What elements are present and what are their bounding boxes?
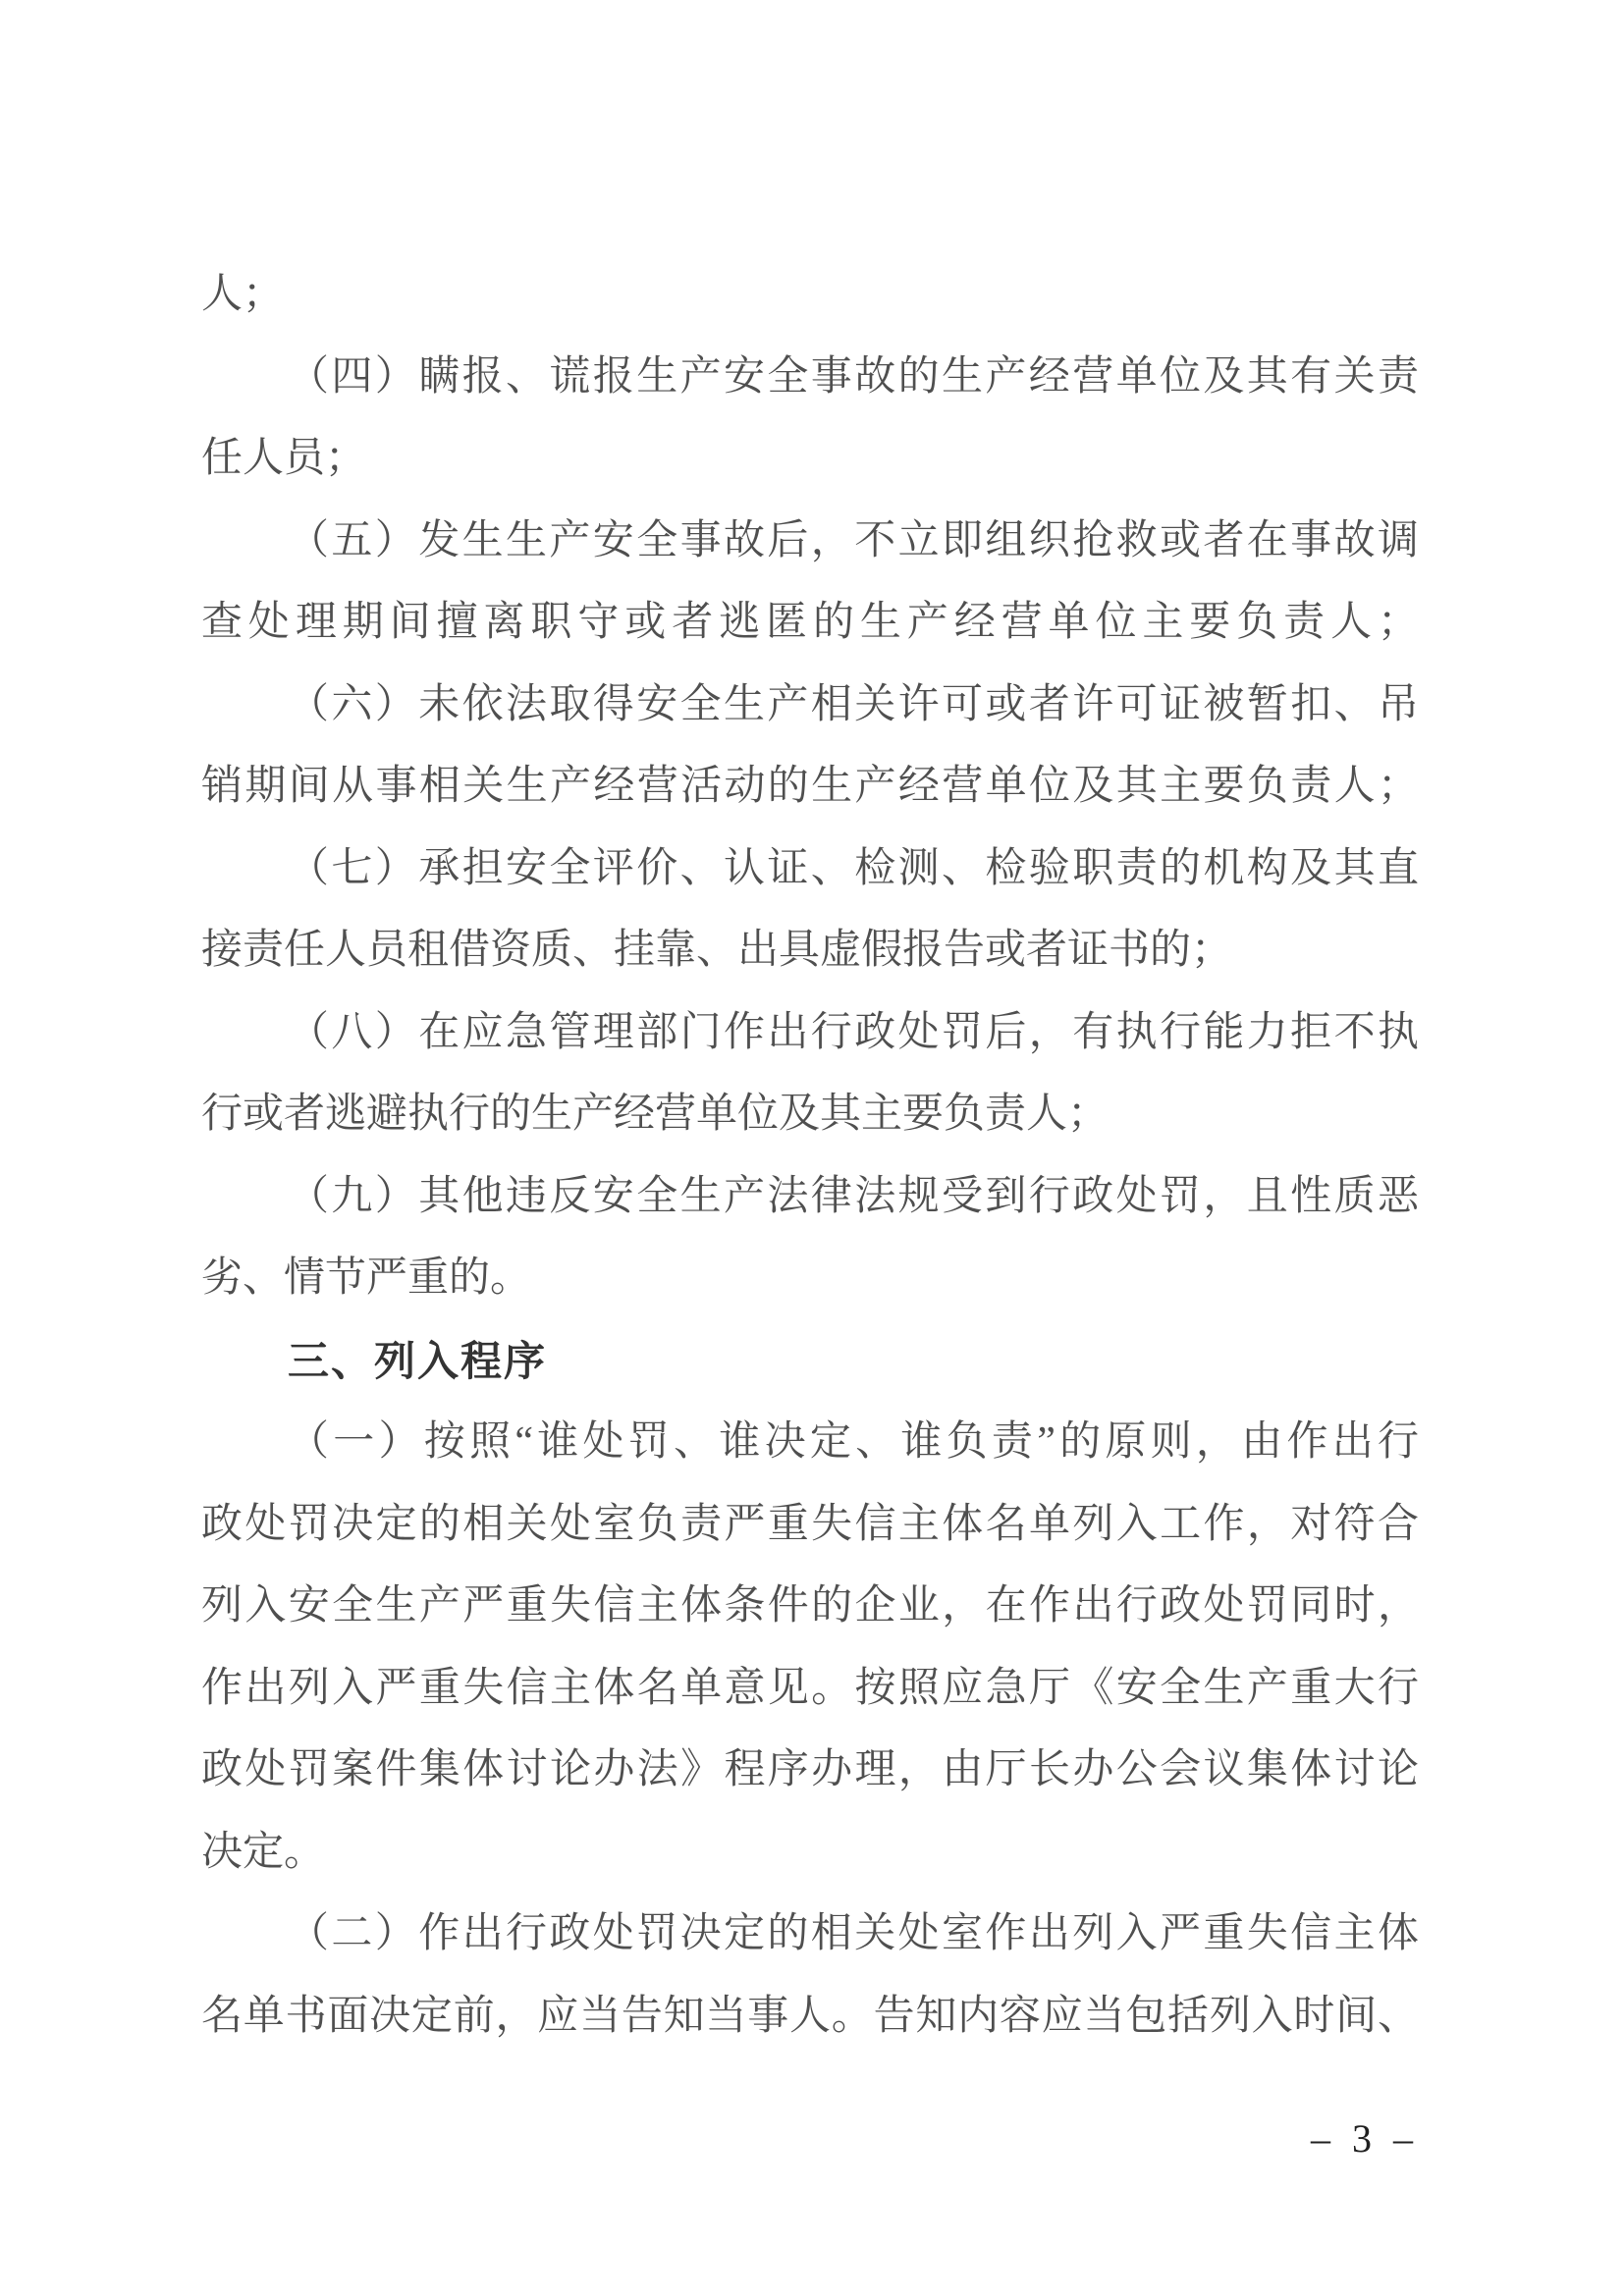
text-line: （五）发生生产安全事故后，不立即组织抢救或者在事故调 bbox=[201, 501, 1419, 583]
text-line: 人； bbox=[201, 254, 1419, 337]
text-line: （一）按照“谁处罚、谁决定、谁负责”的原则，由作出行 bbox=[201, 1402, 1419, 1484]
text-line: 政处罚决定的相关处室负责严重失信主体名单列入工作，对符合 bbox=[201, 1484, 1419, 1567]
page-number: – 3 – bbox=[1311, 2115, 1419, 2162]
section-heading: 三、列入程序 bbox=[201, 1320, 1419, 1403]
text-line: （二）作出行政处罚决定的相关处室作出列入严重失信主体 bbox=[201, 1894, 1419, 1976]
text-line: 任人员； bbox=[201, 418, 1419, 501]
text-line: （八）在应急管理部门作出行政处罚后，有执行能力拒不执 bbox=[201, 992, 1419, 1075]
text-line: 决定。 bbox=[201, 1812, 1419, 1895]
text-line: 政处罚案件集体讨论办法》程序办理，由厅长办公会议集体讨论 bbox=[201, 1730, 1419, 1812]
text-line: 销期间从事相关生产经营活动的生产经营单位及其主要负责人； bbox=[201, 746, 1419, 828]
text-line: 查处理期间擅离职守或者逃匿的生产经营单位主要负责人； bbox=[201, 582, 1419, 665]
document-page: 人；（四）瞒报、谎报生产安全事故的生产经营单位及其有关责任人员；（五）发生生产安… bbox=[0, 0, 1624, 2296]
text-line: 接责任人员租借资质、挂靠、出具虚假报告或者证书的； bbox=[201, 910, 1419, 992]
text-line: 行或者逃避执行的生产经营单位及其主要负责人； bbox=[201, 1074, 1419, 1156]
text-line: 名单书面决定前，应当告知当事人。告知内容应当包括列入时间、 bbox=[201, 1976, 1419, 2058]
text-line: 列入安全生产严重失信主体条件的企业，在作出行政处罚同时， bbox=[201, 1566, 1419, 1648]
document-text-block: 人；（四）瞒报、谎报生产安全事故的生产经营单位及其有关责任人员；（五）发生生产安… bbox=[201, 254, 1419, 2057]
text-line: （六）未依法取得安全生产相关许可或者许可证被暂扣、吊 bbox=[201, 665, 1419, 747]
text-line: （四）瞒报、谎报生产安全事故的生产经营单位及其有关责 bbox=[201, 337, 1419, 419]
text-line: （七）承担安全评价、认证、检测、检验职责的机构及其直 bbox=[201, 828, 1419, 911]
text-line: 劣、情节严重的。 bbox=[201, 1238, 1419, 1320]
text-line: （九）其他违反安全生产法律法规受到行政处罚，且性质恶 bbox=[201, 1156, 1419, 1239]
text-line: 作出列入严重失信主体名单意见。按照应急厅《安全生产重大行 bbox=[201, 1648, 1419, 1731]
